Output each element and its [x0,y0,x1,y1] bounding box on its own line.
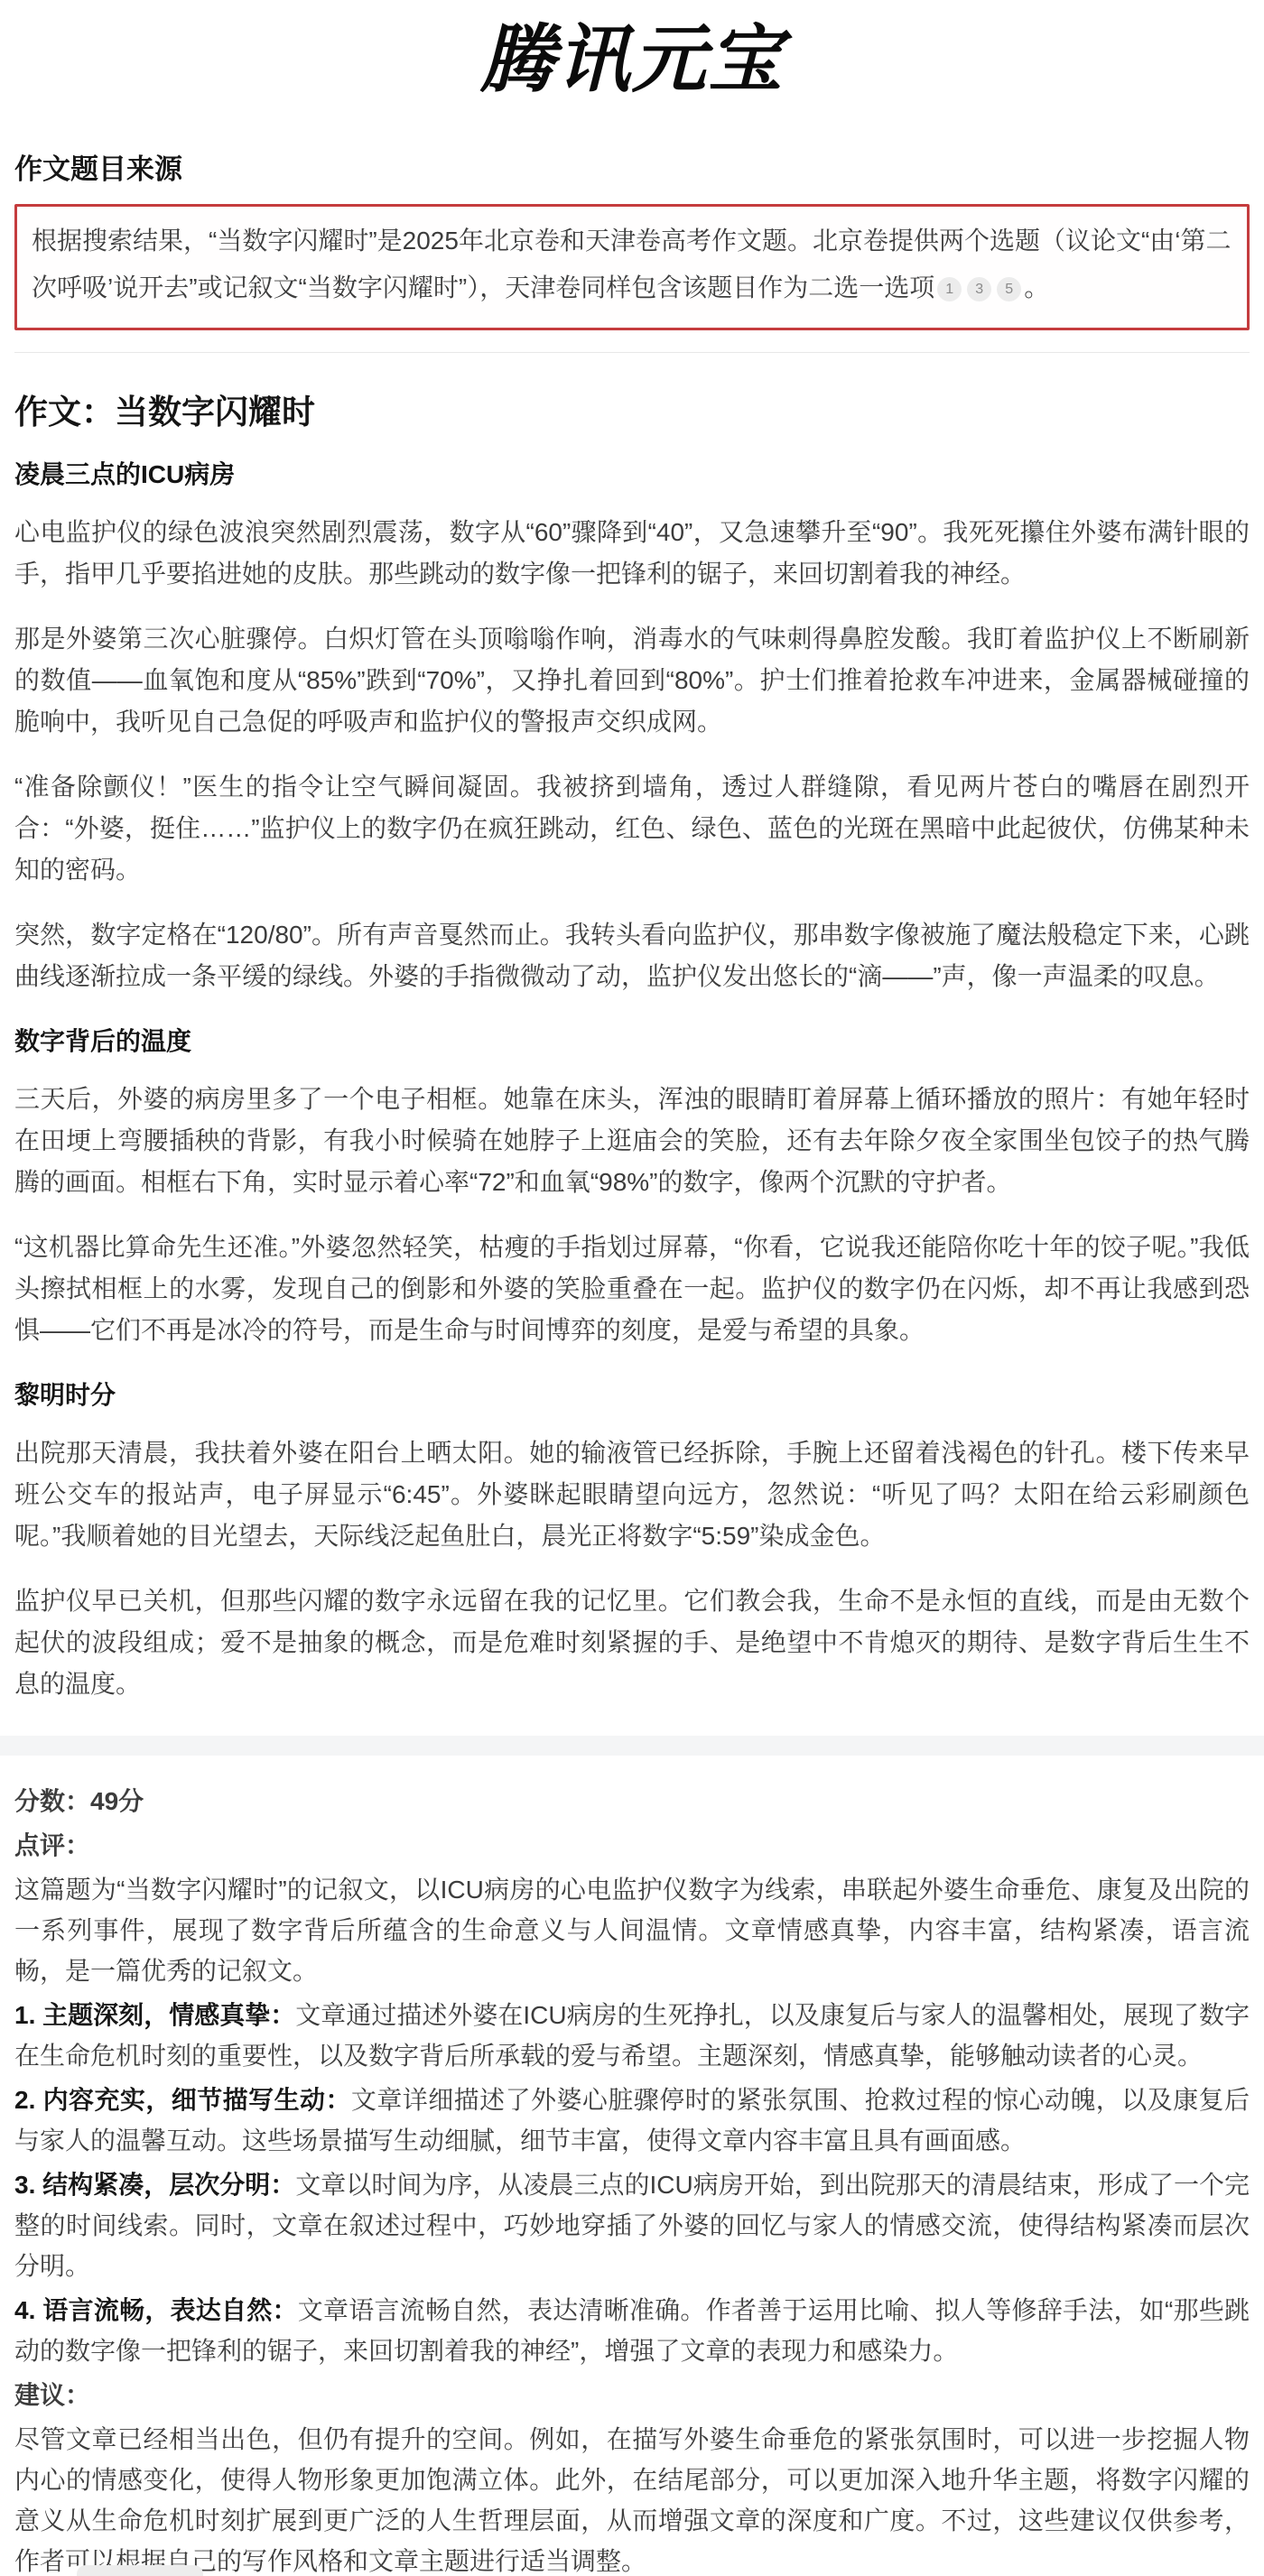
essay-paragraph: 那是外婆第三次心脏骤停。白炽灯管在头顶嗡嗡作响，消毒水的气味刺得鼻腔发酸。我盯着… [14,618,1250,743]
review-point: 4. 语言流畅，表达自然：文章语言流畅自然，表达清晰准确。作者善于运用比喻、拟人… [14,2290,1250,2371]
essay-title: 作文：当数字闪耀时 [14,394,1250,431]
review-point: 3. 结构紧凑，层次分明：文章以时间为序，从凌晨三点的ICU病房开始，到出院那天… [14,2164,1250,2286]
essay-paragraph: 出院那天清晨，我扶着外婆在阳台上晒太阳。她的输液管已经拆除，手腕上还留着浅褐色的… [14,1432,1250,1557]
citation-badge-5[interactable]: 5 [997,277,1021,301]
comment-intro: 这篇题为“当数字闪耀时”的记叙文，以ICU病房的心电监护仪数字为线索，串联起外婆… [14,1869,1250,1991]
suggestion-label: 建议： [14,2375,1250,2415]
review-point-lead: 3. 结构紧凑，层次分明： [14,2171,295,2199]
citation-badge-1[interactable]: 1 [937,277,962,301]
source-text: 根据搜索结果，“当数字闪耀时”是2025年北京卷和天津卷高考作文题。北京卷提供两… [32,227,1231,301]
section-divider [14,352,1250,353]
essay-paragraph: 心电监护仪的绿色波浪突然剧烈震荡，数字从“60”骤降到“40”，又急速攀升至“9… [14,512,1250,595]
essay-paragraph: 监护仪早已关机，但那些闪耀的数字永远留在我的记忆里。它们教会我，生命不是永恒的直… [14,1580,1250,1705]
essay-subheading-warmth: 数字背后的温度 [14,1028,1250,1055]
review-point-lead: 2. 内容充实，细节描写生动： [14,2086,351,2114]
source-text-suffix: 。 [1024,273,1049,301]
source-section-heading: 作文题目来源 [14,153,1250,186]
essay-subheading-dawn: 黎明时分 [14,1382,1250,1409]
yuanbao-page: 腾讯元宝 作文题目来源 根据搜索结果，“当数字闪耀时”是2025年北京卷和天津卷… [0,18,1264,2576]
review-point: 1. 主题深刻，情感真挚：文章通过描述外婆在ICU病房的生死挣扎，以及康复后与家… [14,1995,1250,2076]
suggestion-text: 尽管文章已经相当出色，但仍有提升的空间。例如，在描写外婆生命垂危的紧张氛围时，可… [14,2419,1250,2576]
essay-paragraph: “这机器比算命先生还准。”外婆忽然轻笑，枯瘦的手指划过屏幕，“你看，它说我还能陪… [14,1227,1250,1351]
page-title: 腾讯元宝 [0,18,1264,103]
citation-badge-3[interactable]: 3 [967,277,991,301]
score-line: 分数：49分 [14,1781,1250,1821]
review-point-lead: 1. 主题深刻，情感真挚： [14,2001,295,2029]
section-separator-band [0,1736,1264,1756]
search-result-highlight-box: 根据搜索结果，“当数字闪耀时”是2025年北京卷和天津卷高考作文题。北京卷提供两… [14,204,1250,330]
essay-paragraph: “准备除颤仪！”医生的指令让空气瞬间凝固。我被挤到墙角，透过人群缝隙，看见两片苍… [14,766,1250,891]
essay-paragraph: 三天后，外婆的病房里多了一个电子相框。她靠在床头，浑浊的眼睛盯着屏幕上循环播放的… [14,1079,1250,1203]
review-point: 2. 内容充实，细节描写生动：文章详细描述了外婆心脏骤停时的紧张氛围、抢救过程的… [14,2080,1250,2161]
scroll-remnant-pill [77,2565,203,2576]
comment-label: 点评： [14,1825,1250,1866]
essay-paragraph: 突然，数字定格在“120/80”。所有声音戛然而止。我转头看向监护仪，那串数字像… [14,914,1250,997]
essay-subheading-icu: 凌晨三点的ICU病房 [14,461,1250,488]
review-section: 分数：49分 点评： 这篇题为“当数字闪耀时”的记叙文，以ICU病房的心电监护仪… [0,1781,1264,2576]
source-section: 作文题目来源 根据搜索结果，“当数字闪耀时”是2025年北京卷和天津卷高考作文题… [0,153,1264,1705]
review-point-lead: 4. 语言流畅，表达自然： [14,2296,298,2324]
